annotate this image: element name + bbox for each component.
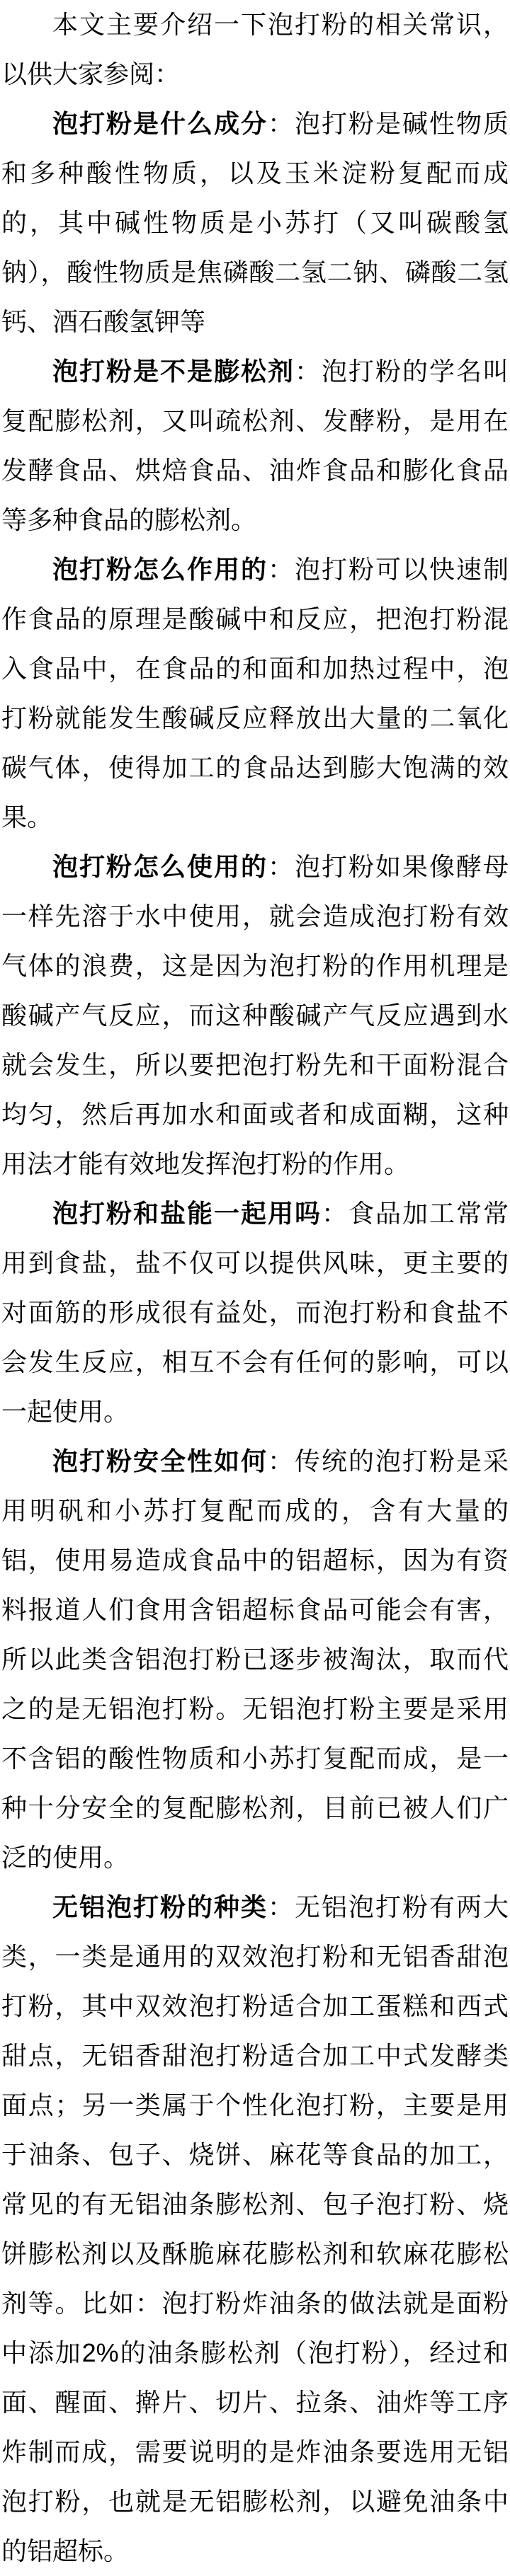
paragraph-body: 本文主要介绍一下泡打粉的相关常识，以供大家参阅： <box>1 10 509 88</box>
paragraph-body: ：食品加工常常用到食盐，盐不仅可以提供风味，更主要的对面筋的形成很有益处，而泡打… <box>1 1199 509 1426</box>
paragraph-how-it-works: 泡打粉怎么作用的：泡打粉可以快速制作食品的原理是酸碱中和反应，把泡打粉混入食品中… <box>1 545 509 842</box>
paragraph-use-with-salt: 泡打粉和盐能一起用吗：食品加工常常用到食盐，盐不仅可以提供风味，更主要的对面筋的… <box>1 1189 509 1437</box>
article: 本文主要介绍一下泡打粉的相关常识，以供大家参阅： 泡打粉是什么成分：泡打粉是碱性… <box>1 0 509 2576</box>
paragraph-lead: 泡打粉怎么使用的 <box>52 852 268 881</box>
paragraph-body: ：泡打粉可以快速制作食品的原理是酸碱中和反应，把泡打粉混入食品中，在食品的和面和… <box>1 555 509 832</box>
page: 本文主要介绍一下泡打粉的相关常识，以供大家参阅： 泡打粉是什么成分：泡打粉是碱性… <box>0 0 510 2576</box>
paragraph-how-to-use: 泡打粉怎么使用的：泡打粉如果像酵母一样先溶于水中使用，就会造成泡打粉有效气体的浪… <box>1 842 509 1189</box>
paragraph-intro: 本文主要介绍一下泡打粉的相关常识，以供大家参阅： <box>1 0 509 99</box>
paragraph-lead: 泡打粉和盐能一起用吗 <box>52 1199 322 1228</box>
paragraph-body: ：泡打粉如果像酵母一样先溶于水中使用，就会造成泡打粉有效气体的浪费，这是因为泡打… <box>1 852 509 1178</box>
paragraph-lead: 泡打粉怎么作用的 <box>52 555 268 584</box>
paragraph-ingredients: 泡打粉是什么成分：泡打粉是碱性物质和多种酸性物质，以及玉米淀粉复配而成的，其中碱… <box>1 99 509 347</box>
paragraph-body: ：传统的泡打粉是采用明矾和小苏打复配而成的，含有大量的铝，使用易造成食品中的铝超… <box>1 1447 509 1872</box>
paragraph-lead: 无铝泡打粉的种类 <box>52 1892 268 1921</box>
paragraph-safety: 泡打粉安全性如何：传统的泡打粉是采用明矾和小苏打复配而成的，含有大量的铝，使用易… <box>1 1437 509 1882</box>
paragraph-aluminum-free-types: 无铝泡打粉的种类：无铝泡打粉有两大类，一类是通用的双效泡打粉和无铝香甜泡打粉，其… <box>1 1882 509 2576</box>
paragraph-body: ：无铝泡打粉有两大类，一类是通用的双效泡打粉和无铝香甜泡打粉，其中双效泡打粉适合… <box>1 1892 509 2565</box>
paragraph-lead: 泡打粉是什么成分 <box>52 109 268 138</box>
paragraph-lead: 泡打粉是不是膨松剂 <box>52 357 295 386</box>
paragraph-body: ：泡打粉是碱性物质和多种酸性物质，以及玉米淀粉复配而成的，其中碱性物质是小苏打（… <box>1 109 509 336</box>
paragraph-lead: 泡打粉安全性如何 <box>52 1447 268 1476</box>
paragraph-is-leavening-agent: 泡打粉是不是膨松剂：泡打粉的学名叫复配膨松剂，又叫疏松剂、发酵粉，是用在发酵食品… <box>1 347 509 545</box>
